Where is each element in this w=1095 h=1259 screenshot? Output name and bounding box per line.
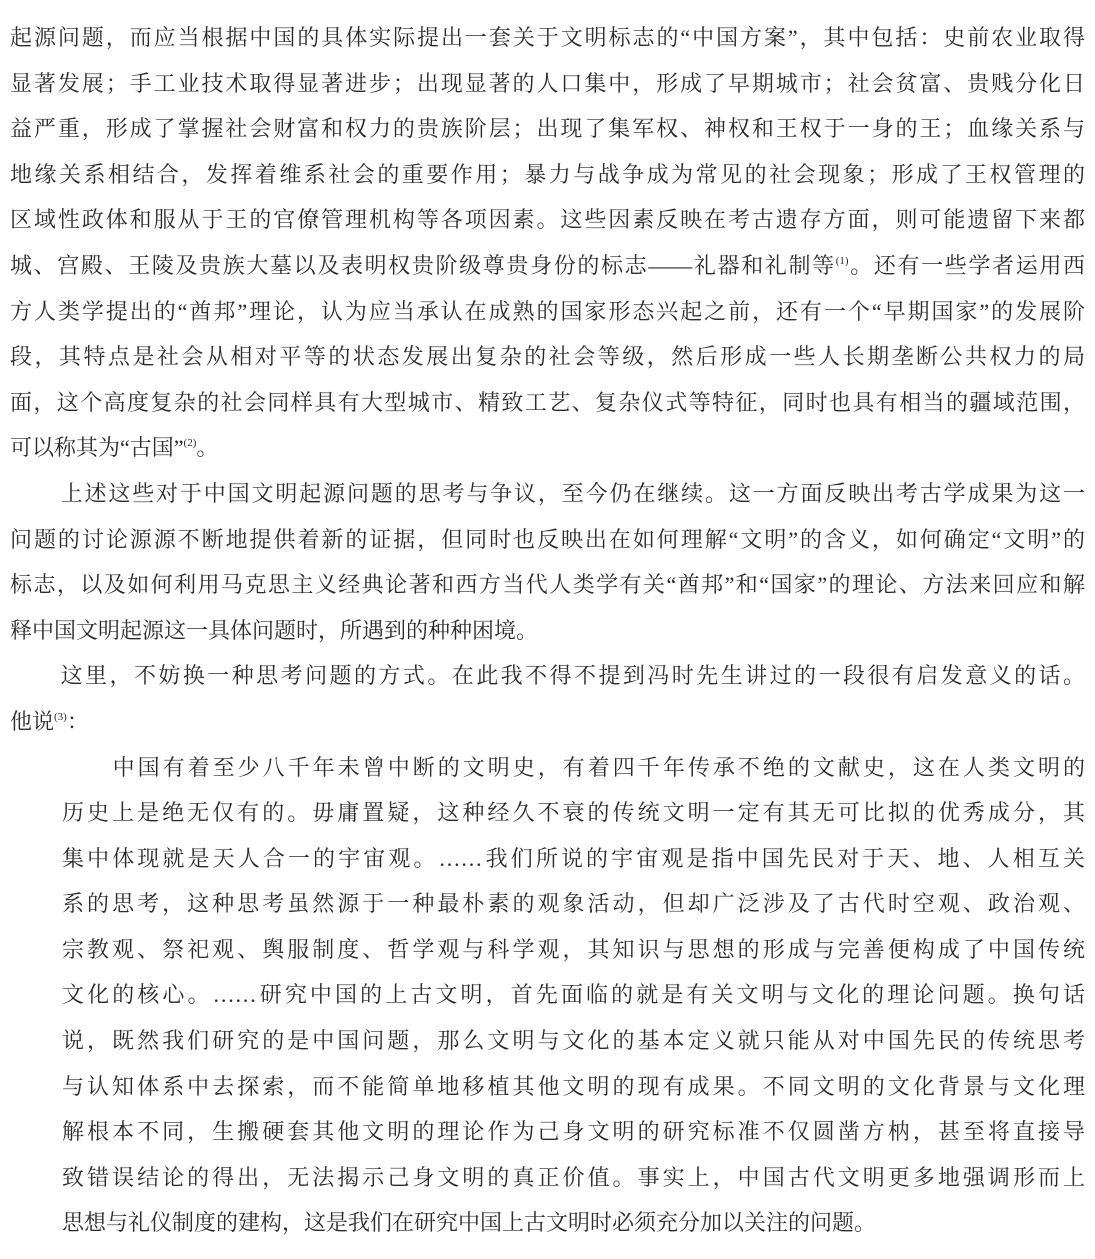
quote-line: 说，既然我们研究的是中国问题，那么文明与文化的基本定义就只能从对中国先民的传统思… <box>62 1018 1085 1064</box>
block-quote: 中国有着至少八千年未曾中断的文明史，有着四千年传承不绝的文献史，这在人类文明的 … <box>62 745 1085 1247</box>
text-line: 可以称其为“古国”(2)。 <box>10 425 1085 471</box>
quote-line: 宗教观、祭祀观、舆服制度、哲学观与科学观，其知识与思想的形成与完善便构成了中国传… <box>62 927 1085 973</box>
quote-line: 历史上是绝无仅有的。毋庸置疑，这种经久不衰的传统文明一定有其无可比拟的优秀成分，… <box>62 790 1085 836</box>
paragraph-discussion: 上述这些对于中国文明起源问题的思考与争议，至今仍在继续。这一方面反映出考古学成果… <box>10 471 1085 653</box>
quote-line: 中国有着至少八千年未曾中断的文明史，有着四千年传承不绝的文献史，这在人类文明的 <box>62 745 1085 791</box>
text-segment: 。 <box>196 435 218 460</box>
text-segment: ： <box>67 709 89 734</box>
text-line: 起源问题，而应当根据中国的具体实际提出一套关于文明标志的“中国方案”，其中包括：… <box>10 15 1085 61</box>
quote-line: 思想与礼仪制度的建构，这是我们在研究中国上古文明时必须充分加以关注的问题。 <box>62 1200 1085 1246</box>
quote-line: 解根本不同，生搬硬套其他文明的理论作为己身文明的研究标准不仅圆凿方枘，甚至将直接… <box>62 1109 1085 1155</box>
quote-line: 与认知体系中去探索，而不能简单地移植其他文明的现有成果。不同文明的文化背景与文化… <box>62 1064 1085 1110</box>
text-segment: 可以称其为“古国” <box>10 435 184 460</box>
text-line: 这里，不妨换一种思考问题的方式。在此我不得不提到冯时先生讲过的一段很有启发意义的… <box>10 653 1085 699</box>
text-line: 上述这些对于中国文明起源问题的思考与争议，至今仍在继续。这一方面反映出考古学成果… <box>10 471 1085 517</box>
text-line: 释中国文明起源这一具体问题时，所遇到的种种困境。 <box>10 608 1085 654</box>
text-segment: 。还有一些学者运用西 <box>849 253 1085 278</box>
quote-line: 致错误结论的得出，无法揭示己身文明的真正价值。事实上，中国古代文明更多地强调形而… <box>62 1155 1085 1201</box>
quote-line: 文化的核心。……研究中国的上古文明，首先面临的就是有关文明与文化的理论问题。换句… <box>62 972 1085 1018</box>
text-segment: 他说 <box>10 709 54 734</box>
book-page: 起源问题，而应当根据中国的具体实际提出一套关于文明标志的“中国方案”，其中包括：… <box>0 0 1095 1259</box>
text-line: 方人类学提出的“酋邦”理论，认为应当承认在成熟的国家形态兴起之前，还有一个“早期… <box>10 289 1085 335</box>
quote-line: 系的思考，这种思考虽然源于一种最朴素的观象活动，但却广泛涉及了古代时空观、政治观… <box>62 881 1085 927</box>
text-line: 益严重，形成了掌握社会财富和权力的贵族阶层；出现了集军权、神权和王权于一身的王；… <box>10 106 1085 152</box>
text-line: 面，这个高度复杂的社会同样具有大型城市、精致工艺、复杂仪式等特征，同时也具有相当… <box>10 380 1085 426</box>
quote-line: 集中体现就是天人合一的宇宙观。……我们所说的宇宙观是指中国先民对于天、地、人相互… <box>62 836 1085 882</box>
document-page: { "colors": { "background": "#ffffff", "… <box>0 0 1095 1259</box>
footnote-marker-2: (2) <box>184 437 197 449</box>
text-line: 段，其特点是社会从相对平等的状态发展出复杂的社会等级，然后形成一些人长期垄断公共… <box>10 334 1085 380</box>
text-line: 城、宫殿、王陵及贵族大墓以及表明权贵阶级尊贵身份的标志——礼器和礼制等(1)。还… <box>10 243 1085 289</box>
text-segment: 城、宫殿、王陵及贵族大墓以及表明权贵阶级尊贵身份的标志——礼器和礼制等 <box>10 253 836 278</box>
text-line: 他说(3)： <box>10 699 1085 745</box>
text-line: 显著发展；手工业技术取得显著进步；出现显著的人口集中，形成了早期城市；社会贫富、… <box>10 61 1085 107</box>
text-line: 区域性政体和服从于王的官僚管理机构等各项因素。这些因素反映在考古遗存方面，则可能… <box>10 197 1085 243</box>
footnote-marker-1: (1) <box>836 255 849 267</box>
text-line: 标志，以及如何利用马克思主义经典论著和西方当代人类学有关“酋邦”和“国家”的理论… <box>10 562 1085 608</box>
paragraph-introduction-to-quote: 这里，不妨换一种思考问题的方式。在此我不得不提到冯时先生讲过的一段很有启发意义的… <box>10 653 1085 744</box>
text-line: 地缘关系相结合，发挥着维系社会的重要作用；暴力与战争成为常见的社会现象；形成了王… <box>10 152 1085 198</box>
footnote-marker-3: (3) <box>54 711 67 723</box>
paragraph-continuation: 起源问题，而应当根据中国的具体实际提出一套关于文明标志的“中国方案”，其中包括：… <box>10 15 1085 471</box>
text-line: 问题的讨论源源不断地提供着新的证据，但同时也反映出在如何理解“文明”的含义，如何… <box>10 517 1085 563</box>
